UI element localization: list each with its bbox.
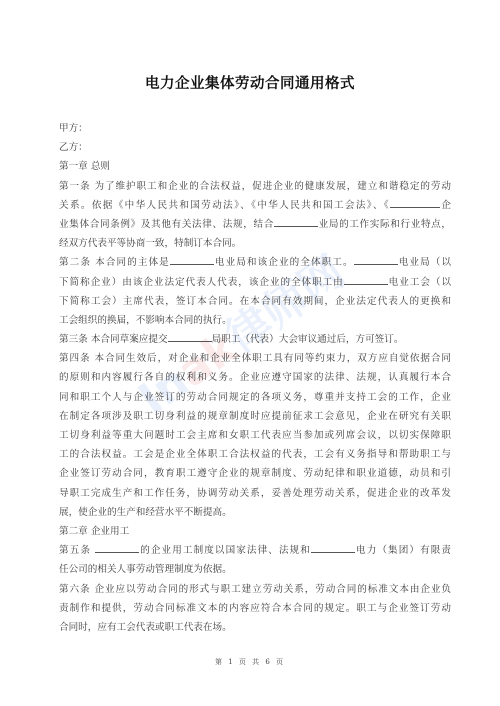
text-line: 第四条 本合同生效后，对企业和企业全体职工具有同等约束力，双方应自觉依据合同 (59, 349, 451, 368)
text-line: 合同时，应有工会代表或职工代表在场。 (59, 618, 451, 637)
fill-blank[interactable] (354, 254, 398, 265)
text-line: 展，使企业的生产和经营水平不断提高。 (59, 503, 451, 522)
article-3: 第三条 本合同草案应提交局职工（代表）大会审议通过后，方可签订。 (59, 330, 451, 349)
article-5: 第五条 的企业用工制度以国家法律、法规和电力（集团）有限责 任公司的相关人事劳动… (59, 541, 451, 579)
text-segment: 第五条 (59, 545, 95, 556)
text-segment: 电力（集团）有限责 (355, 545, 451, 556)
text-segment: 关系。依据《中华人民共和国劳动法》、《中华人民共和国工会法》、《 (59, 200, 390, 211)
page-number: 第 1 页 共 6 页 (0, 657, 500, 667)
text-line: 的原则和内容履行各自的权利和义务。企业应遵守国家的法律、法规，认真履行本合 (59, 368, 451, 387)
text-line: 同和职工个人与企业签订的劳动合同规定的各项义务，尊重并支持工会的工作，企业 (59, 388, 451, 407)
fill-blank[interactable] (168, 331, 212, 342)
text-segment: 电业局（以 (398, 257, 451, 268)
fill-blank[interactable] (390, 197, 440, 208)
fill-blank[interactable] (344, 274, 388, 285)
text-line: 任公司的相关人事劳动管理制度为依据。 (59, 560, 451, 579)
text-segment: 业集体合同条例》及其他有关法律、法规，结合 (59, 219, 274, 230)
article-4: 第四条 本合同生效后，对企业和企业全体职工具有同等约束力，双方应自觉依据合同 的… (59, 349, 451, 522)
party-b-label: 乙方： (59, 138, 451, 157)
text-segment: 局职工（代表）大会审议通过后，方可签订。 (212, 334, 404, 345)
text-segment: 第三条 本合同草案应提交 (59, 334, 168, 345)
chapter-heading: 第二章 企业用工 (59, 522, 451, 541)
document-title: 电力企业集体劳动合同通用格式 (0, 72, 500, 93)
text-line: 关系。依据《中华人民共和国劳动法》、《中华人民共和国工会法》、《企 (59, 196, 451, 215)
party-a-label: 甲方： (59, 119, 451, 138)
chapter-heading: 第一章 总则 (59, 157, 451, 176)
text-line: 工会组织的换届，不影响本合同的执行。 (59, 311, 451, 330)
text-line: 工切身利益等重大问题时工会主席和女职工代表应当参加或列席会议，以切实保障职 (59, 426, 451, 445)
text-line: 工的合法权益。工会是企业全体职工合法权益的代表，工会有义务指导和帮助职工与 (59, 445, 451, 464)
text-segment: 第二条 本合同的主体是 (59, 257, 170, 268)
text-line: 第三条 本合同草案应提交局职工（代表）大会审议通过后，方可签订。 (59, 330, 451, 349)
fill-blank[interactable] (170, 254, 214, 265)
text-segment: 业局的工作实际和行业特点， (318, 219, 451, 230)
article-2: 第二条 本合同的主体是电业局和该企业的全体职工。电业局（以 下简称企业）由该企业… (59, 253, 451, 330)
text-line: 第一条 为了维护职工和企业的合法权益，促进企业的健康发展，建立和谐稳定的劳动 (59, 177, 451, 196)
text-segment: 企 (440, 200, 451, 211)
fill-blank[interactable] (274, 216, 318, 227)
text-segment: 下简称企业）由该企业法定代表人代表，该企业的全体职工由 (59, 277, 344, 288)
text-line: 责制作和提供，劳动合同标准文本的内容应符合本合同的规定。职工与企业签订劳动 (59, 599, 451, 618)
article-1: 第一条 为了维护职工和企业的合法权益，促进企业的健康发展，建立和谐稳定的劳动 关… (59, 177, 451, 254)
text-segment: 电业工会（以 (388, 277, 451, 288)
fill-blank[interactable] (311, 542, 355, 553)
document-body: 甲方： 乙方： 第一章 总则 第一条 为了维护职工和企业的合法权益，促进企业的健… (59, 119, 451, 637)
text-line: 业集体合同条例》及其他有关法律、法规，结合业局的工作实际和行业特点， (59, 215, 451, 234)
text-segment: 的企业用工制度以国家法律、法规和 (139, 545, 311, 556)
text-line: 企业签订劳动合同，教育职工遵守企业的规章制度、劳动纪律和职业道德，动员和引 (59, 464, 451, 483)
fill-blank[interactable] (95, 542, 139, 553)
text-line: 下简称企业）由该企业法定代表人代表，该企业的全体职工由电业工会（以 (59, 273, 451, 292)
text-line: 第五条 的企业用工制度以国家法律、法规和电力（集团）有限责 (59, 541, 451, 560)
text-line: 第六条 企业应以劳动合同的形式与职工建立劳动关系，劳动合同的标准文本由企业负 (59, 580, 451, 599)
text-line: 第二条 本合同的主体是电业局和该企业的全体职工。电业局（以 (59, 253, 451, 272)
text-segment: 电业局和该企业的全体职工。 (214, 257, 354, 268)
text-line: 下简称工会）主席代表，签订本合同。在本合同有效期间，企业法定代表人的更换和 (59, 292, 451, 311)
text-line: 导职工完成生产和工作任务，协调劳动关系，妥善处理劳动关系，促进企业的改革发 (59, 484, 451, 503)
text-line: 在制定各项涉及职工切身利益的规章制度时应提前征求工会意见，企业在研究有关职 (59, 407, 451, 426)
article-6: 第六条 企业应以劳动合同的形式与职工建立劳动关系，劳动合同的标准文本由企业负 责… (59, 580, 451, 638)
text-line: 经双方代表平等协商一致，特制订本合同。 (59, 234, 451, 253)
